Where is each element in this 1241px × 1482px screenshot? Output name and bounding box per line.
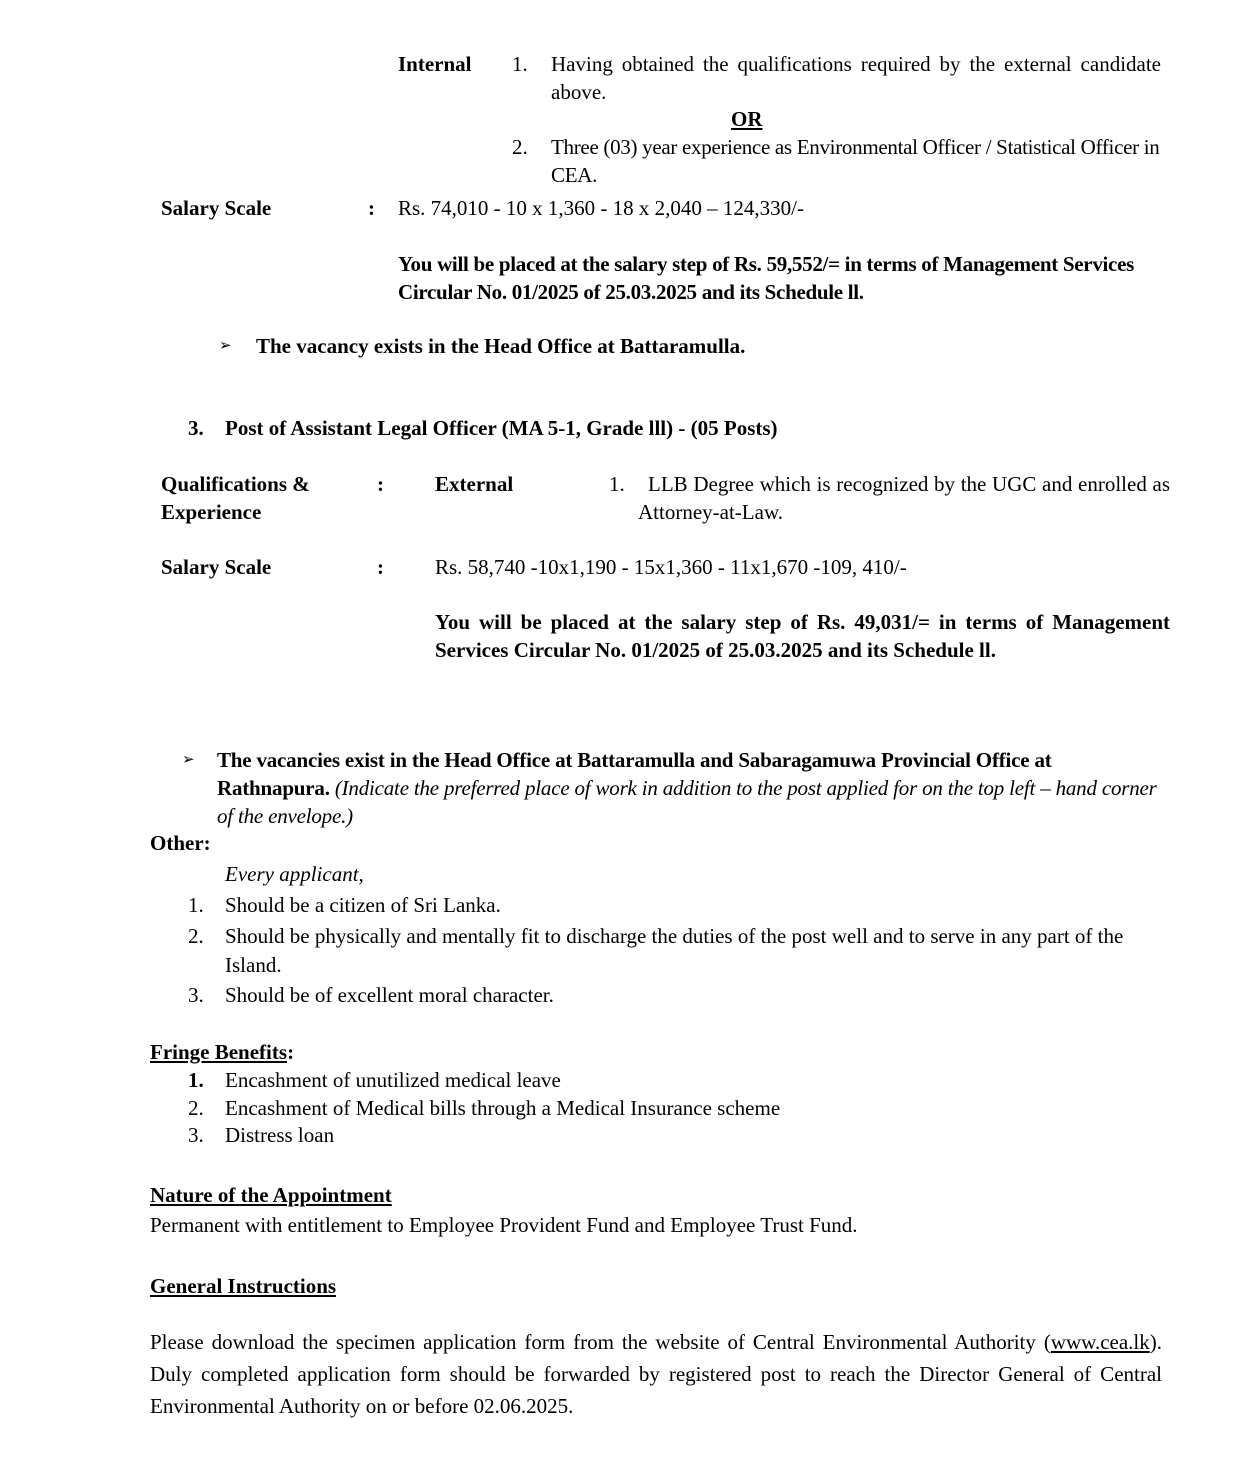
- external-item-1-text: LLB Degree which is recognized by the UG…: [638, 470, 1170, 526]
- salary-step-note: You will be placed at the salary step of…: [398, 250, 1168, 306]
- internal-label: Internal: [398, 50, 472, 78]
- qualifications-label-line2: Experience: [161, 498, 261, 526]
- internal-item-1-text: Having obtained the qualifications requi…: [551, 50, 1161, 106]
- section-3-number: 3.: [188, 414, 204, 442]
- other-item-3-text: Should be of excellent moral character.: [225, 981, 554, 1009]
- cea-website-link[interactable]: www.cea.lk: [1051, 1330, 1150, 1354]
- other-item-1-text: Should be a citizen of Sri Lanka.: [225, 891, 501, 919]
- internal-item-2-text: Three (03) year experience as Environmen…: [551, 133, 1166, 189]
- nature-heading: Nature of the Appointment: [150, 1181, 392, 1209]
- internal-item-1-num: 1.: [512, 50, 528, 78]
- fringe-item-2-text: Encashment of Medical bills through a Me…: [225, 1094, 780, 1122]
- vacancies-note: The vacancies exist in the Head Office a…: [217, 746, 1167, 830]
- or-label: OR: [731, 105, 763, 133]
- other-heading: Other:: [150, 829, 211, 857]
- salary-scale-label: Salary Scale: [161, 194, 271, 222]
- vacancies-note-instruction: (Indicate the preferred place of work in…: [217, 776, 1157, 828]
- other-item-3-num: 3.: [188, 981, 204, 1009]
- general-instructions-heading: General Instructions: [150, 1272, 336, 1300]
- general-text-part1: Please download the specimen application…: [150, 1330, 1051, 1354]
- other-item-1-num: 1.: [188, 891, 204, 919]
- qualifications-colon: :: [377, 470, 384, 498]
- external-label: External: [435, 470, 513, 498]
- fringe-item-3-text: Distress loan: [225, 1121, 334, 1149]
- other-intro: Every applicant,: [225, 860, 364, 888]
- qualifications-label-line1: Qualifications &: [161, 470, 310, 498]
- salary-scale-colon-3: :: [377, 553, 384, 581]
- fringe-benefits-heading-colon: :: [287, 1040, 294, 1064]
- nature-text: Permanent with entitlement to Employee P…: [150, 1211, 858, 1239]
- fringe-item-2-num: 2.: [188, 1094, 204, 1122]
- arrow-bullet-icon: ➢: [182, 746, 195, 774]
- internal-item-2-num: 2.: [512, 133, 528, 161]
- salary-scale-value-3: Rs. 58,740 -10x1,190 - 15x1,360 - 11x1,6…: [435, 553, 907, 581]
- salary-step-note-3: You will be placed at the salary step of…: [435, 608, 1170, 664]
- fringe-benefits-heading-text: Fringe Benefits: [150, 1040, 287, 1064]
- fringe-item-1-text: Encashment of unutilized medical leave: [225, 1066, 561, 1094]
- salary-scale-label-3: Salary Scale: [161, 553, 271, 581]
- fringe-item-3-num: 3.: [188, 1121, 204, 1149]
- other-item-2-num: 2.: [188, 922, 204, 950]
- section-3-title: Post of Assistant Legal Officer (MA 5-1,…: [225, 414, 778, 442]
- general-instructions-text: Please download the specimen application…: [150, 1326, 1162, 1422]
- arrow-bullet-icon: ➢: [219, 332, 232, 360]
- salary-scale-colon: :: [368, 194, 375, 222]
- fringe-item-1-num: 1.: [188, 1066, 204, 1094]
- other-item-2-text: Should be physically and mentally fit to…: [225, 922, 1170, 980]
- salary-scale-value: Rs. 74,010 - 10 x 1,360 - 18 x 2,040 – 1…: [398, 194, 804, 222]
- external-item-1-num: 1.: [609, 470, 625, 498]
- vacancy-note: The vacancy exists in the Head Office at…: [256, 332, 745, 360]
- fringe-benefits-heading: Fringe Benefits:: [150, 1038, 294, 1066]
